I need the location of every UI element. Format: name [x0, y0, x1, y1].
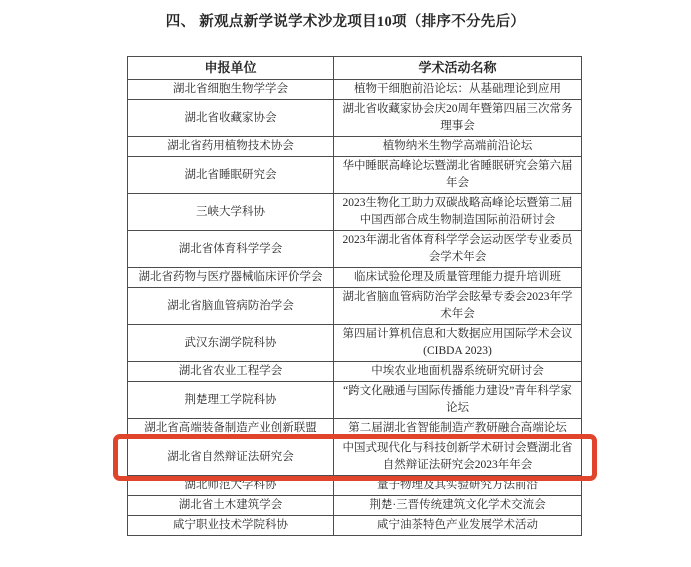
activity-cell: 2023年湖北省体育科学学会运动医学专业委员会学术年会	[334, 231, 581, 267]
unit-cell: 湖北省药物与医疗器械临床评价学会	[128, 268, 334, 287]
activity-cell: 第四届计算机信息和大数据应用国际学术会议 (CIBDA 2023)	[334, 325, 581, 361]
table-row: 湖北省体育科学学会 2023年湖北省体育科学学会运动医学专业委员会学术年会	[128, 231, 581, 268]
activity-cell: 植物干细胞前沿论坛：从基础理论到应用	[334, 80, 581, 99]
activity-cell: 中国式现代化与科技创新学术研讨会暨湖北省自然辩证法研究会2023年年会	[334, 439, 581, 475]
table-row: 湖北师范大学科协 量子物理及其实验研究方法前沿	[128, 476, 581, 496]
activity-cell: 2023生物化工助力双碳战略高峰论坛暨第二届中国西部合成生物制造国际前沿研讨会	[334, 194, 581, 230]
table-row: 湖北省睡眠研究会 华中睡眠高峰论坛暨湖北省睡眠研究会第六届年会	[128, 157, 581, 194]
activity-cell: 咸宁油茶特色产业发展学术活动	[334, 516, 581, 535]
activity-cell: 量子物理及其实验研究方法前沿	[334, 476, 581, 495]
table-row: 湖北省脑血管病防治学会 湖北省脑血管病防治学会眩晕专委会2023年学术年会	[128, 288, 581, 325]
table-row: 湖北省收藏家协会 湖北省收藏家协会庆20周年暨第四届三次常务理事会	[128, 100, 581, 137]
table-row: 三峡大学科协 2023生物化工助力双碳战略高峰论坛暨第二届中国西部合成生物制造国…	[128, 194, 581, 231]
unit-cell: 湖北省收藏家协会	[128, 100, 334, 136]
table-row: 湖北省药物与医疗器械临床评价学会 临床试验伦理及质量管理能力提升培训班	[128, 268, 581, 288]
unit-cell: 湖北师范大学科协	[128, 476, 334, 495]
table-row: 湖北省农业工程学会 中埃农业地面机器系统研究研讨会	[128, 362, 581, 382]
table-row: 湖北省药用植物技术协会 植物纳米生物学高端前沿论坛	[128, 137, 581, 157]
table-row: 湖北省高端装备制造产业创新联盟 第二届湖北省智能制造产教研融合高端论坛	[128, 419, 581, 439]
table-row: 湖北省土木建筑学会 荆楚·三晋传统建筑文化学术交流会	[128, 496, 581, 516]
document-page: 四、 新观点新学说学术沙龙项目10项（排序不分先后） 申报单位 学术活动名称 湖…	[0, 0, 691, 567]
unit-cell: 湖北省农业工程学会	[128, 362, 334, 381]
unit-cell: 湖北省土木建筑学会	[128, 496, 334, 515]
table-row: 武汉东湖学院科协 第四届计算机信息和大数据应用国际学术会议 (CIBDA 202…	[128, 325, 581, 362]
projects-table: 申报单位 学术活动名称 湖北省细胞生物学学会 植物干细胞前沿论坛：从基础理论到应…	[127, 56, 582, 536]
column-header-unit: 申报单位	[128, 57, 334, 79]
table-row: 湖北省细胞生物学学会 植物干细胞前沿论坛：从基础理论到应用	[128, 80, 581, 100]
unit-cell: 湖北省高端装备制造产业创新联盟	[128, 419, 334, 438]
unit-cell: 湖北省脑血管病防治学会	[128, 288, 334, 324]
unit-cell: 湖北省药用植物技术协会	[128, 137, 334, 156]
table-row: 咸宁职业技术学院科协 咸宁油茶特色产业发展学术活动	[128, 516, 581, 535]
unit-cell: 湖北省自然辩证法研究会	[128, 439, 334, 475]
activity-cell: 湖北省脑血管病防治学会眩晕专委会2023年学术年会	[334, 288, 581, 324]
activity-cell: 临床试验伦理及质量管理能力提升培训班	[334, 268, 581, 287]
activity-cell: “跨文化融通与国际传播能力建设”青年科学家论坛	[334, 382, 581, 418]
table-header-row: 申报单位 学术活动名称	[128, 57, 581, 80]
unit-cell: 湖北省细胞生物学学会	[128, 80, 334, 99]
unit-cell: 湖北省睡眠研究会	[128, 157, 334, 193]
unit-cell: 武汉东湖学院科协	[128, 325, 334, 361]
activity-cell: 中埃农业地面机器系统研究研讨会	[334, 362, 581, 381]
column-header-activity: 学术活动名称	[334, 57, 581, 79]
unit-cell: 三峡大学科协	[128, 194, 334, 230]
activity-cell: 湖北省收藏家协会庆20周年暨第四届三次常务理事会	[334, 100, 581, 136]
unit-cell: 湖北省体育科学学会	[128, 231, 334, 267]
page-title: 四、 新观点新学说学术沙龙项目10项（排序不分先后）	[0, 10, 691, 31]
unit-cell: 荆楚理工学院科协	[128, 382, 334, 418]
unit-cell: 咸宁职业技术学院科协	[128, 516, 334, 535]
table-row: 湖北省自然辩证法研究会 中国式现代化与科技创新学术研讨会暨湖北省自然辩证法研究会…	[128, 439, 581, 476]
table-row: 荆楚理工学院科协 “跨文化融通与国际传播能力建设”青年科学家论坛	[128, 382, 581, 419]
activity-cell: 植物纳米生物学高端前沿论坛	[334, 137, 581, 156]
activity-cell: 华中睡眠高峰论坛暨湖北省睡眠研究会第六届年会	[334, 157, 581, 193]
activity-cell: 荆楚·三晋传统建筑文化学术交流会	[334, 496, 581, 515]
activity-cell: 第二届湖北省智能制造产教研融合高端论坛	[334, 419, 581, 438]
